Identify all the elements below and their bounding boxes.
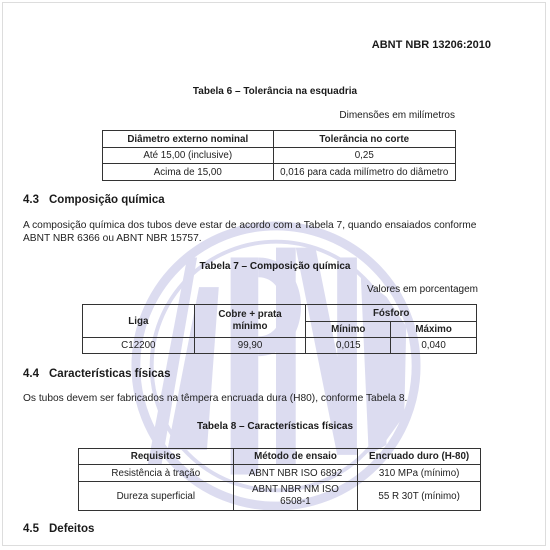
table-row: C12200 99,90 0,015 0,040 <box>83 338 477 354</box>
table7: Liga Cobre + prata mínimo Fósforo Mínimo… <box>82 304 477 354</box>
table-row: Dureza superficial ABNT NBR NM ISO 6508-… <box>79 482 481 511</box>
table7-cell: 0,040 <box>391 338 477 354</box>
section-number: 4.3 <box>23 194 49 206</box>
section-title: Características físicas <box>49 368 170 380</box>
table-row: Resistência à tração ABNT NBR ISO 6892 3… <box>79 465 481 482</box>
header-line: Cobre + prata <box>198 309 303 321</box>
section-number: 4.5 <box>23 523 49 535</box>
section-number: 4.4 <box>23 368 49 380</box>
document-id: ABNT NBR 13206:2010 <box>372 39 491 51</box>
section-4-4-heading: 4.4Características físicas <box>23 368 170 380</box>
table8-col-header: Requisitos <box>79 449 234 465</box>
header-line: mínimo <box>198 321 303 333</box>
table6-col-header: Tolerância no corte <box>273 131 455 148</box>
table8-header-row: Requisitos Método de ensaio Encruado dur… <box>79 449 481 465</box>
section-4-3-heading: 4.3Composição química <box>23 194 165 206</box>
table8-caption: Tabela 8 – Características físicas <box>0 421 550 432</box>
table6-cell: 0,25 <box>273 148 455 164</box>
table7-col-header-max: Máximo <box>391 322 477 338</box>
table6: Diâmetro externo nominal Tolerância no c… <box>102 130 456 181</box>
table6-col-header: Diâmetro externo nominal <box>103 131 274 148</box>
table7-col-header-min: Mínimo <box>306 322 391 338</box>
table8-cell: 55 R 30T (mínimo) <box>358 482 481 511</box>
table7-caption: Tabela 7 – Composição química <box>0 261 550 272</box>
section-4-4-paragraph: Os tubos devem ser fabricados na têmpera… <box>23 392 407 405</box>
table7-col-header-liga: Liga <box>83 305 195 338</box>
table8-cell-method: ABNT NBR NM ISO 6508-1 <box>233 482 358 511</box>
paragraph-line: ABNT NBR 6366 ou ABNT NBR 15757. <box>23 232 476 245</box>
cell-line: ABNT NBR NM ISO <box>237 484 355 496</box>
table-row: Acima de 15,00 0,016 para cada milímetro… <box>103 164 456 181</box>
table6-header-row: Diâmetro externo nominal Tolerância no c… <box>103 131 456 148</box>
table7-col-header-fosforo: Fósforo <box>306 305 477 322</box>
table7-col-header-cobre: Cobre + prata mínimo <box>194 305 306 338</box>
table8-col-header: Método de ensaio <box>233 449 358 465</box>
table6-cell: 0,016 para cada milímetro do diâmetro <box>273 164 455 181</box>
section-title: Defeitos <box>49 523 94 535</box>
table8-cell: 310 MPa (mínimo) <box>358 465 481 482</box>
table6-cell: Até 15,00 (inclusive) <box>103 148 274 164</box>
table7-header-row: Liga Cobre + prata mínimo Fósforo <box>83 305 477 322</box>
section-4-5-heading: 4.5Defeitos <box>23 523 94 535</box>
table7-cell: 99,90 <box>194 338 306 354</box>
section-4-3-paragraph: A composição química dos tubos deve esta… <box>23 219 476 245</box>
table6-unit-note: Dimensões em milímetros <box>339 110 455 121</box>
table-row: Até 15,00 (inclusive) 0,25 <box>103 148 456 164</box>
table7-unit-note: Valores em porcentagem <box>367 284 478 295</box>
table8-cell: ABNT NBR ISO 6892 <box>233 465 358 482</box>
table7-cell: 0,015 <box>306 338 391 354</box>
table8: Requisitos Método de ensaio Encruado dur… <box>78 448 481 511</box>
table8-cell: Dureza superficial <box>79 482 234 511</box>
table6-cell: Acima de 15,00 <box>103 164 274 181</box>
section-title: Composição química <box>49 194 165 206</box>
paragraph-line: A composição química dos tubos deve esta… <box>23 219 476 232</box>
cell-line: 6508-1 <box>237 496 355 508</box>
table6-caption: Tabela 6 – Tolerância na esquadria <box>0 86 550 97</box>
table7-cell: C12200 <box>83 338 195 354</box>
table8-col-header: Encruado duro (H-80) <box>358 449 481 465</box>
table8-cell: Resistência à tração <box>79 465 234 482</box>
